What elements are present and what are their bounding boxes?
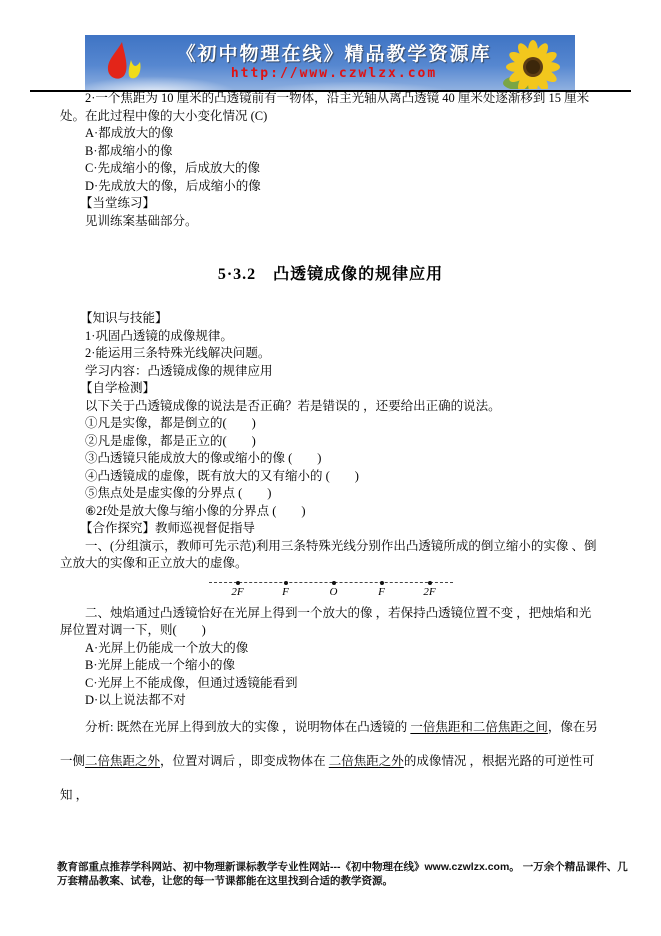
statement-6: ⑥2f处是放大像与缩小像的分界点 ( ) xyxy=(60,503,601,521)
task-2-option-d: D·以上说法都不对 xyxy=(60,692,601,710)
selftest-intro: 以下关于凸透镜成像的说法是否正确？若是错误的 ，还要给出正确的说法。 xyxy=(60,398,601,416)
logo-icon xyxy=(85,40,163,86)
axis-label: O xyxy=(330,586,338,599)
learning-content-line: 学习内容：凸透镜成像的规律应用 xyxy=(60,363,601,381)
site-banner: 《初中物理在线》精品教学资源库 http://www.czwlzx.com xyxy=(85,35,575,90)
knowledge-item-1: 1·巩固凸透镜的成像规律。 xyxy=(60,328,601,346)
classwork-header: 【当堂练习】 xyxy=(60,195,601,213)
statement-1: ①凡是实像，都是倒立的( ) xyxy=(60,415,601,433)
analysis-paragraph: 分析: 既然在光屏上得到放大的实像 ，说明物体在凸透镜的 一倍焦距和二倍焦距之间… xyxy=(60,710,601,812)
axis-dot xyxy=(428,581,432,585)
question-2-option-c: C·先成缩小的像，后成放大的像 xyxy=(60,160,601,178)
statement-4: ④凸透镜成的虚像，既有放大的又有缩小的 ( ) xyxy=(60,468,601,486)
axis-label: 2F xyxy=(423,586,435,599)
optical-axis-diagram: 2F F O F 2F xyxy=(209,578,453,604)
question-2-option-a: A·都成放大的像 xyxy=(60,125,601,143)
section-title: 5·3.2 凸透镜成像的规律应用 xyxy=(60,264,601,286)
question-2-option-d: D·先成放大的像，后成缩小的像 xyxy=(60,178,601,196)
axis-label: F xyxy=(282,586,289,599)
question-2-option-b: B·都成缩小的像 xyxy=(60,143,601,161)
axis-dot xyxy=(284,581,288,585)
banner-title: 《初中物理在线》精品教学资源库 xyxy=(176,44,491,66)
banner-url-link[interactable]: http://www.czwlzx.com xyxy=(231,66,437,82)
knowledge-item-2: 2·能运用三条特殊光线解决问题。 xyxy=(60,345,601,363)
knowledge-header: 【知识与技能】 xyxy=(60,310,601,328)
analysis-text: ，位置对调后 ，即变成物体在 xyxy=(160,754,329,768)
axis-label: F xyxy=(378,586,385,599)
axis-point-f-left: F xyxy=(277,578,295,599)
task-2-option-a: A·光屏上仍能成一个放大的像 xyxy=(60,640,601,658)
statement-3: ③凸透镜只能成放大的像或缩小的像 ( ) xyxy=(60,450,601,468)
analysis-text: 分析: 既然在光屏上得到放大的实像 ，说明物体在凸透镜的 xyxy=(85,720,410,734)
analysis-underline-1: 一倍焦距和二倍焦距之间 xyxy=(410,720,548,734)
axis-dot xyxy=(380,581,384,585)
statement-2: ②凡是虚像，都是正立的( ) xyxy=(60,433,601,451)
axis-points: 2F F O F 2F xyxy=(229,578,439,599)
axis-point-2f-right: 2F xyxy=(421,578,439,599)
statement-5: ⑤焦点处是虚实像的分界点 ( ) xyxy=(60,485,601,503)
axis-point-f-right: F xyxy=(373,578,391,599)
task-2-option-c: C·光屏上不能成像，但通过透镜能看到 xyxy=(60,675,601,693)
document-page: 《初中物理在线》精品教学资源库 http://www.czwlzx.com xyxy=(0,0,661,936)
axis-dot xyxy=(332,581,336,585)
task-2-option-b: B·光屏上能成一个缩小的像 xyxy=(60,657,601,675)
analysis-underline-2: 二倍焦距之外 xyxy=(85,754,160,768)
cooperate-header: 【合作探究】教师巡视督促指导 xyxy=(60,520,601,538)
selftest-header: 【自学检测】 xyxy=(60,380,601,398)
axis-point-2f-left: 2F xyxy=(229,578,247,599)
document-body: 2·一个焦距为 10 厘米的凸透镜前有一物体，沿主光轴从离凸透镜 40 厘米处逐… xyxy=(60,90,601,812)
axis-label: 2F xyxy=(231,586,243,599)
classwork-body: 见训练案基础部分。 xyxy=(60,213,601,231)
footer-text: 教育部重点推荐学科网站、初中物理新课标教学专业性网站---《初中物理在线》www… xyxy=(57,861,634,888)
cooperate-task-1: 一、(分组演示，教师可先示范)利用三条特殊光线分别作出凸透镜所成的倒立缩小的实像… xyxy=(60,538,601,573)
analysis-underline-3: 二倍焦距之外 xyxy=(329,754,404,768)
question-task-2-text: 二、烛焰通过凸透镜恰好在光屏上得到一个放大的像 ，若保持凸透镜位置不变 ，把烛焰… xyxy=(60,605,601,640)
question-2-text: 2·一个焦距为 10 厘米的凸透镜前有一物体，沿主光轴从离凸透镜 40 厘米处逐… xyxy=(60,90,601,125)
axis-dot xyxy=(236,581,240,585)
axis-point-center-o: O xyxy=(325,578,343,599)
sunflower-icon xyxy=(481,35,573,90)
